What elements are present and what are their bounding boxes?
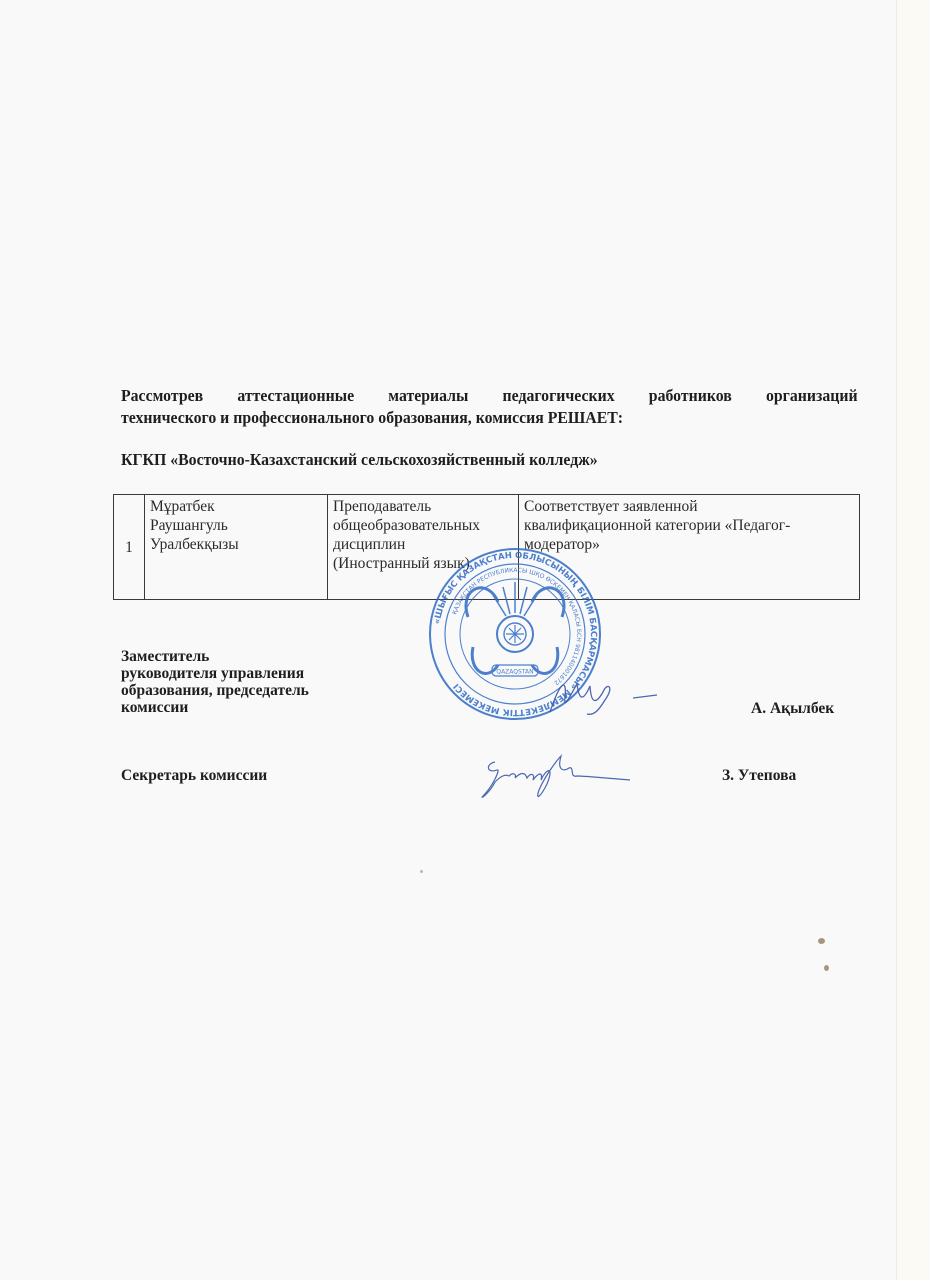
chair-title-line: руководителя управления bbox=[121, 665, 309, 682]
chair-title-line: Заместитель bbox=[121, 648, 309, 665]
chair-title-line: комиссии bbox=[121, 699, 309, 716]
name-line: Уралбекқызы bbox=[150, 535, 322, 554]
name-line: Мұратбек bbox=[150, 497, 322, 516]
document-page: Рассмотрев аттестационные материалы педа… bbox=[0, 0, 897, 1280]
secretary-signature-icon bbox=[465, 750, 645, 810]
position-line: общеобразовательных bbox=[333, 516, 513, 535]
intro-line-2: технического и профессионального образов… bbox=[121, 408, 623, 427]
decision-line: квалифиқационной категории «Педагог- bbox=[524, 516, 854, 535]
paper-speck bbox=[420, 870, 423, 873]
row-number: 1 bbox=[114, 495, 145, 600]
decision-line: Соответствует заявленной bbox=[524, 497, 854, 516]
intro-paragraph: Рассмотрев аттестационные материалы педа… bbox=[121, 385, 858, 429]
chair-name: А. Ақылбек bbox=[751, 700, 834, 717]
position-line: Преподаватель bbox=[333, 497, 513, 516]
intro-line-1: Рассмотрев аттестационные материалы педа… bbox=[121, 385, 858, 407]
chair-title: Заместитель руководителя управления обра… bbox=[121, 648, 309, 716]
teacher-name-cell: Мұратбек Раушангуль Уралбекқызы bbox=[145, 495, 328, 600]
secretary-name: З. Утепова bbox=[722, 767, 796, 784]
organization-name: КГКП «Восточно-Казахстанский сельскохозя… bbox=[121, 449, 598, 471]
name-line: Раушангуль bbox=[150, 516, 322, 535]
chair-title-line: образования, председатель bbox=[121, 682, 309, 699]
secretary-title: Секретарь комиссии bbox=[121, 767, 267, 784]
paper-speck bbox=[818, 938, 825, 944]
paper-speck bbox=[824, 965, 829, 971]
chair-signature-icon bbox=[545, 672, 685, 722]
svg-text:QAZAQSTAN: QAZAQSTAN bbox=[496, 669, 533, 676]
